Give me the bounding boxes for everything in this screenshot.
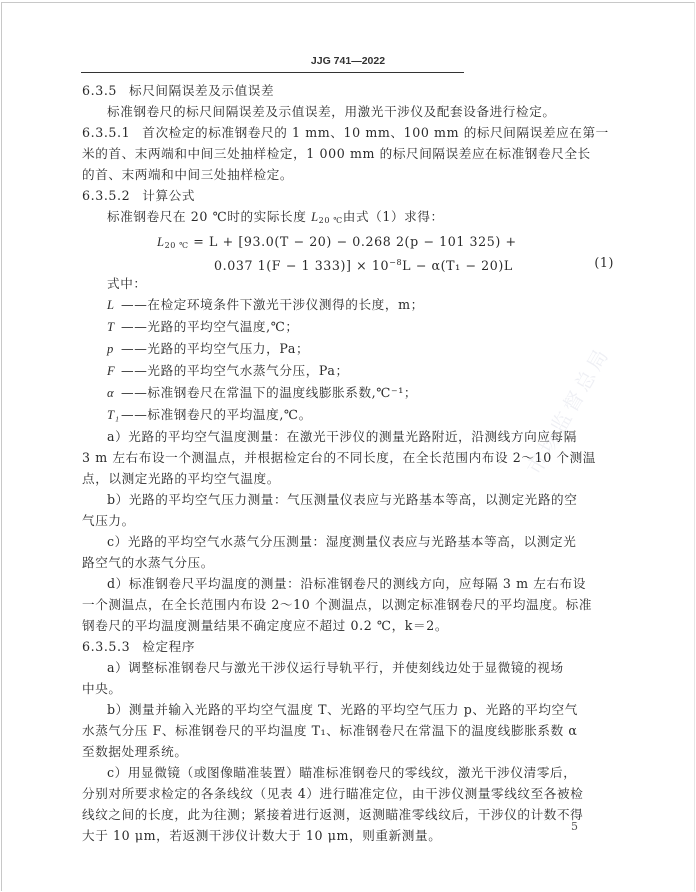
symbol: L	[107, 295, 121, 316]
definition-row: T——光路的平均空气温度,℃；	[82, 316, 614, 338]
page-header-standard-code: JJG 741—2022	[0, 55, 696, 67]
procedure-c-line: 分别对所要求检定的各条线纹（见表 4）进行瞄准定位，由干涉仪测量零线纹至各被检	[82, 783, 614, 804]
variable: L	[311, 210, 319, 224]
section-title: 检定程序	[142, 639, 195, 654]
section-number: 6.3.5	[82, 80, 117, 101]
section-number: 6.3.5.2	[82, 185, 130, 206]
item-a-line: 3 m 左右布设一个测温点，并根据检定台的不同长度，在全长范围内布设 2～10 …	[82, 447, 614, 468]
procedure-c-line: 大于 10 μm，若返测干涉仪计数大于 10 μm，则重新测量。	[82, 825, 614, 846]
symbol: α	[107, 383, 121, 404]
section-number: 6.3.5.1	[82, 122, 130, 143]
formula-text: 0.037 1(F − 1 333)] × 10	[214, 258, 389, 273]
definition-row: L——在检定环境条件下激光干涉仪测得的长度，m；	[82, 294, 614, 316]
page-number: 5	[571, 820, 578, 833]
variable: L	[157, 235, 165, 249]
clause-6-3-5-1: 6.3.5.1首次检定的标准钢卷尺的 1 mm、10 mm、100 mm 的标尺…	[82, 122, 614, 143]
formula-text: L − α(T₁ − 20)L	[402, 258, 513, 273]
paragraph-line: 首次检定的标准钢卷尺的 1 mm、10 mm、100 mm 的标尺间隔误差应在第…	[142, 125, 609, 140]
item-d-line: 钢卷尺的平均温度测量结果不确定度应不超过 0.2 ℃，k＝2。	[82, 615, 614, 636]
item-b-line: 气压力。	[82, 510, 614, 531]
symbol: p	[107, 339, 121, 360]
section-number: 6.3.5.3	[82, 636, 130, 657]
item-c-line: 路空气的水蒸气分压。	[82, 552, 614, 573]
subscript: 20 ℃	[319, 216, 343, 225]
procedure-b-line: 水蒸气分压 F、标准钢卷尺的平均温度 T₁、标准钢卷尺在常温下的温度线膨胀系数 …	[82, 720, 614, 741]
procedure-b-line: 至数据处理系统。	[82, 741, 614, 762]
definition-text: ——在检定环境条件下激光干涉仪测得的长度，m；	[121, 297, 424, 312]
text: 由式（1）求得：	[343, 209, 444, 224]
formula-line-1: L20 ℃ = L + [93.0(T − 20) − 0.268 2(p − …	[82, 231, 614, 252]
procedure-c-line: c）用显微镜（或图像瞄准装置）瞄准标准钢卷尺的零线纹，激光干涉仪清零后，	[82, 762, 614, 783]
text: 标准钢卷尺在 20 ℃时的实际长度	[107, 209, 311, 224]
document-body: 6.3.5标尺间隔误差及示值误差 标准钢卷尺的标尺间隔误差及示值误差，用激光干涉…	[82, 80, 614, 846]
formula-text: = L + [93.0(T − 20) − 0.268 2(p − 101 32…	[189, 234, 517, 249]
definition-text: ——标准钢卷尺的平均温度,℃。	[121, 407, 312, 422]
paragraph: 标准钢卷尺的标尺间隔误差及示值误差，用激光干涉仪及配套设备进行检定。	[82, 101, 614, 122]
definition-row: T₁——标准钢卷尺的平均温度,℃。	[82, 404, 614, 426]
equation-number: (1)	[594, 252, 614, 273]
definition-text: ——光路的平均空气温度,℃；	[121, 319, 299, 334]
item-d-line: 一个测温点，在全长范围内布设 2～10 个测温点，以测定标准钢卷尺的平均温度。标…	[82, 594, 614, 615]
exponent: −8	[389, 258, 402, 267]
symbol: T	[107, 317, 121, 338]
procedure-b-line: b）测量并输入光路的平均空气温度 T、光路的平均空气压力 p、光路的平均空气	[82, 699, 614, 720]
definition-row: α——标准钢卷尺在常温下的温度线膨胀系数,℃⁻¹；	[82, 382, 614, 404]
definition-text: ——光路的平均空气水蒸气分压，Pa；	[121, 363, 349, 378]
header-rule	[81, 72, 464, 73]
definition-row: F——光路的平均空气水蒸气分压，Pa；	[82, 360, 614, 382]
definition-row: p——光路的平均空气压力，Pa；	[82, 338, 614, 360]
section-title: 计算公式	[142, 188, 195, 203]
formula-intro: 标准钢卷尺在 20 ℃时的实际长度 L20 ℃由式（1）求得：	[82, 206, 614, 231]
where-label: 式中：	[82, 273, 614, 294]
section-heading-6-3-5-2: 6.3.5.2计算公式	[82, 185, 614, 206]
item-a-line: a）光路的平均空气温度测量：在激光干涉仪的测量光路附近，沿测线方向应每隔	[82, 426, 614, 447]
item-d-line: d）标准钢卷尺平均温度的测量：沿标准钢卷尺的测线方向，应每隔 3 m 左右布设	[82, 573, 614, 594]
paragraph-line: 的首、末两端和中间三处抽样检定。	[82, 164, 614, 185]
section-title: 标尺间隔误差及示值误差	[129, 83, 274, 98]
formula-line-2: 0.037 1(F − 1 333)] × 10−8L − α(T₁ − 20)…	[82, 252, 614, 273]
item-b-line: b）光路的平均空气压力测量：气压测量仪表应与光路基本等高，以测定光路的空	[82, 489, 614, 510]
paragraph-line: 米的首、末两端和中间三处抽样检定，1 000 mm 的标尺间隔误差应在标准钢卷尺…	[82, 143, 614, 164]
subscript: 20 ℃	[165, 241, 189, 250]
symbol: F	[107, 361, 121, 382]
procedure-a-line: a）调整标准钢卷尺与激光干涉仪运行导轨平行，并使刻线边处于显微镜的视场	[82, 657, 614, 678]
definition-text: ——光路的平均空气压力，Pa；	[121, 341, 309, 356]
section-heading-6-3-5-3: 6.3.5.3检定程序	[82, 636, 614, 657]
section-heading-6-3-5: 6.3.5标尺间隔误差及示值误差	[82, 80, 614, 101]
item-a-line: 点，以测定光路的平均空气温度。	[82, 468, 614, 489]
symbol: T₁	[107, 405, 121, 426]
definition-text: ——标准钢卷尺在常温下的温度线膨胀系数,℃⁻¹；	[121, 385, 417, 400]
item-c-line: c）光路的平均空气水蒸气分压测量：湿度测量仪表应与光路基本等高，以测定光	[82, 531, 614, 552]
procedure-a-line: 中央。	[82, 678, 614, 699]
procedure-c-line: 线纹之间的长度，此为往测；紧接着进行返测，返测瞄准零线纹后，干涉仪的计数不得	[82, 804, 614, 825]
